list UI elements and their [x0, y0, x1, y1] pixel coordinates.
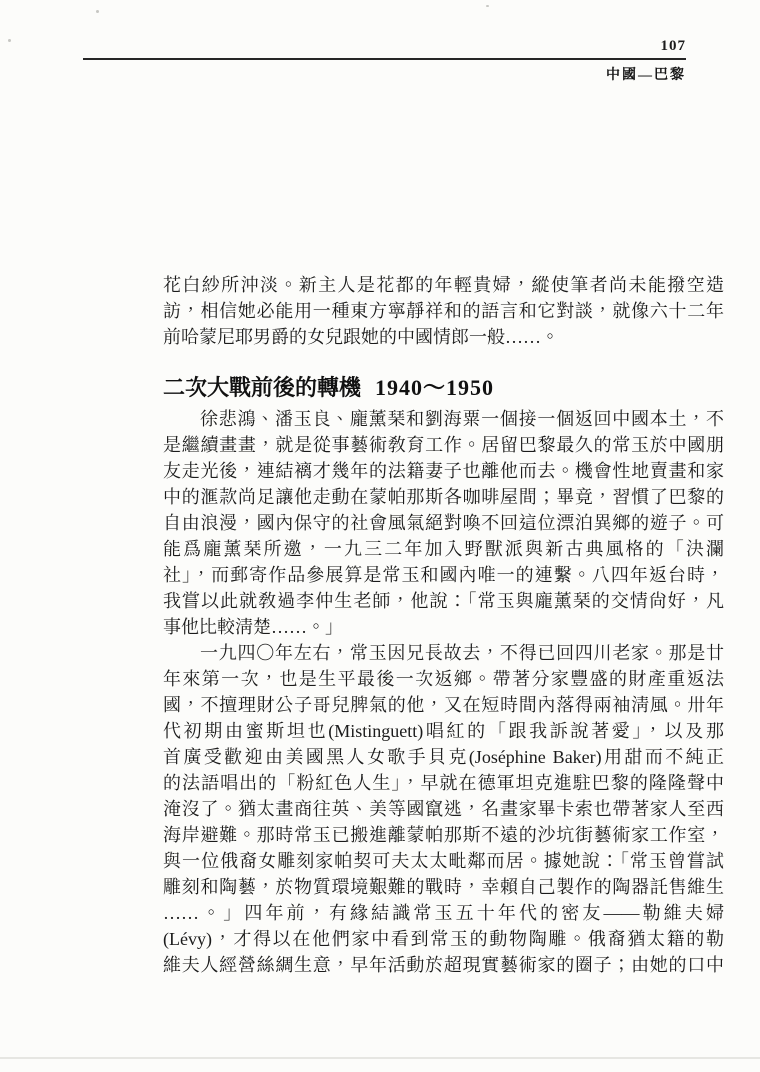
- text-line: 友走光後，連結褵才幾年的法籍妻子也離他而去。機會性地賣畫和家: [163, 458, 724, 484]
- text-line: 自由浪漫，國內保守的社會風氣絕對喚不回這位漂泊異鄉的遊子。可: [163, 510, 724, 536]
- text-line: 中的滙款尚足讓他走動在蒙帕那斯各咖啡屋間；畢竟，習慣了巴黎的: [163, 484, 724, 510]
- section-heading: 二次大戰前後的轉機1940～1950: [163, 375, 724, 401]
- text-line: 淹沒了。猶太畫商往英、美等國竄逃，名畫家畢卡索也帶著家人至西: [163, 796, 724, 822]
- text-line: ……。」四年前，有緣結識常玉五十年代的密友——勒維夫婦: [163, 900, 724, 926]
- text-line: 徐悲鴻、潘玉良、龐薰琹和劉海粟一個接一個返回中國本土，不: [163, 406, 724, 432]
- scan-speck: [8, 39, 11, 42]
- text-line: 能爲龐薰琹所邀，一九三二年加入野獸派與新古典風格的「決瀾: [163, 536, 724, 562]
- paragraph-wartime-paris: 一九四〇年左右，常玉因兄長故去，不得已回四川老家。那是廿年來第一次，也是生平最後…: [163, 640, 724, 978]
- opening-paragraph: 花白紗所沖淡。新主人是花都的年輕貴婦，縱使筆者尚未能撥空造訪，相信她必能用一種東…: [163, 272, 724, 350]
- text-line: 訪，相信她必能用一種東方寧靜祥和的語言和它對談，就像六十二年: [163, 298, 724, 324]
- page-number: 107: [0, 38, 686, 54]
- text-line: 年來第一次，也是生平最後一次返鄉。帶著分家豐盛的財產重返法: [163, 666, 724, 692]
- text-line: 首廣受歡迎由美國黑人女歌手貝克(Joséphine Baker)用甜而不純正: [163, 744, 724, 770]
- text-line: (Lévy)，才得以在他們家中看到常玉的動物陶雕。俄裔猶太籍的勒: [163, 926, 724, 952]
- text-line: 國，不擅理財公子哥兒脾氣的他，又在短時間內落得兩袖淸風。卅年: [163, 692, 724, 718]
- section-period: 1940～1950: [375, 375, 494, 400]
- text-line: 與一位俄裔女雕刻家帕契可夫太太毗鄰而居。據她說：「常玉曾嘗試: [163, 848, 724, 874]
- text-line: 的法語唱出的「粉紅色人生」，早就在德軍坦克進駐巴黎的隆隆聲中: [163, 770, 724, 796]
- scan-speck: [96, 10, 99, 13]
- running-title: 中國—巴黎: [0, 67, 686, 85]
- text-line: 我嘗以此就敎過李仲生老師，他說：「常玉與龐薰琹的交情尙好，凡: [163, 588, 724, 614]
- text-column: 花白紗所沖淡。新主人是花都的年輕貴婦，縱使筆者尚未能撥空造訪，相信她必能用一種東…: [163, 272, 724, 978]
- scan-speck: [486, 5, 489, 7]
- header-rule: [83, 58, 686, 60]
- text-line: 雕刻和陶藝，於物質環境艱難的戰時，幸賴自己製作的陶器託售維生: [163, 874, 724, 900]
- text-line: 社」，而郵寄作品參展算是常玉和國內唯一的連繫。八四年返台時，: [163, 562, 724, 588]
- section-title: 二次大戰前後的轉機: [163, 375, 361, 400]
- text-line: 代初期由蜜斯坦也(Mistinguett)唱紅的「跟我訴說著愛」，以及那: [163, 718, 724, 744]
- text-line: 是繼續畫畫，就是從事藝術敎育工作。居留巴黎最久的常玉於中國朋: [163, 432, 724, 458]
- text-line: 花白紗所沖淡。新主人是花都的年輕貴婦，縱使筆者尚未能撥空造: [163, 272, 724, 298]
- text-line: 維夫人經營絲綢生意，早年活動於超現實藝術家的圈子；由她的口中: [163, 952, 724, 978]
- text-line: 事他比較淸楚……。」: [163, 614, 724, 640]
- scanned-book-page: 107 中國—巴黎 花白紗所沖淡。新主人是花都的年輕貴婦，縱使筆者尚未能撥空造訪…: [0, 0, 760, 1072]
- text-line: 一九四〇年左右，常玉因兄長故去，不得已回四川老家。那是廿: [163, 640, 724, 666]
- text-line: 前哈蒙尼耶男爵的女兒跟她的中國情郎一般……。: [163, 324, 724, 350]
- scan-edge-line: [0, 1057, 760, 1059]
- paragraph-return-to-china: 徐悲鴻、潘玉良、龐薰琹和劉海粟一個接一個返回中國本土，不是繼續畫畫，就是從事藝術…: [163, 406, 724, 640]
- text-line: 海岸避難。那時常玉已搬進離蒙帕那斯不遠的沙坑街藝術家工作室，: [163, 822, 724, 848]
